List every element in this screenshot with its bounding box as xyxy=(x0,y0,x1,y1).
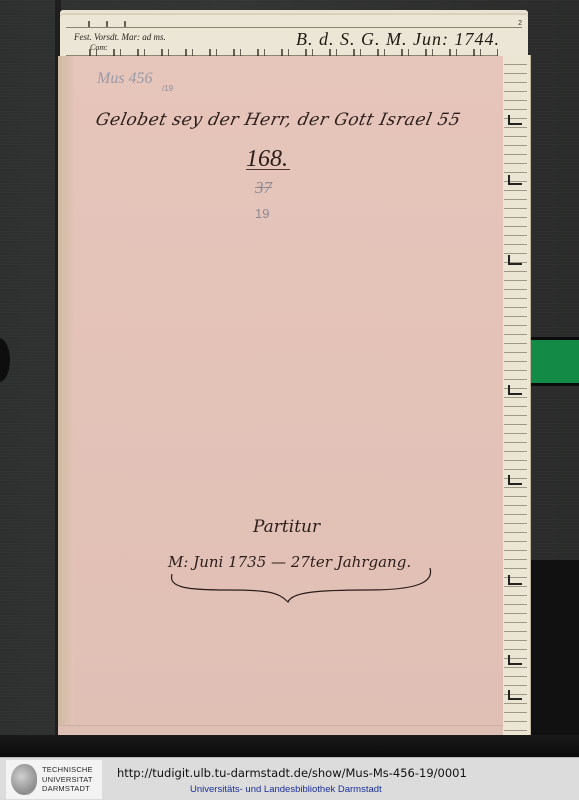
logo-line: UNIVERSITAT xyxy=(42,775,93,785)
music-sheet-date: B. d. S. G. M. Jun: 1744. xyxy=(296,29,500,50)
old-number: 37 xyxy=(255,178,272,198)
cover-spine-edge xyxy=(58,56,74,735)
athena-head-icon xyxy=(11,764,37,795)
note-glyph xyxy=(508,385,522,395)
permalink-url[interactable]: http://tudigit.ulb.tu-darmstadt.de/show/… xyxy=(117,766,467,780)
background-shadow xyxy=(530,560,579,757)
logo-text: TECHNISCHE UNIVERSITAT DARMSTADT xyxy=(42,765,93,794)
scan-viewer: Fest. Vorsdt. Mar: ad ms. Com: B. d. S. … xyxy=(0,0,579,757)
work-title: Gelobet sey der Herr, der Gott Israel 55 xyxy=(94,110,463,130)
color-reference-tab xyxy=(528,337,579,386)
flourish-decoration xyxy=(168,566,438,606)
note-glyph xyxy=(508,655,522,665)
note-glyph xyxy=(508,255,522,265)
music-sheet-label-2: Com: xyxy=(90,43,108,52)
shelfmark: Mus 456 xyxy=(97,70,153,88)
note-glyph xyxy=(508,175,522,185)
logo-line: DARMSTADT xyxy=(42,784,93,794)
footer-bar: TECHNISCHE UNIVERSITAT DARMSTADT http://… xyxy=(0,757,579,800)
current-number: 19 xyxy=(255,206,269,221)
music-sheet-page-number: 2 xyxy=(518,20,522,27)
logo-line: TECHNISCHE xyxy=(42,765,93,775)
tu-darmstadt-logo[interactable]: TECHNISCHE UNIVERSITAT DARMSTADT xyxy=(6,760,102,799)
shelfmark-sub: /19 xyxy=(162,84,173,93)
binder-hole xyxy=(0,338,10,382)
music-sheet-label: Fest. Vorsdt. Mar: ad ms. xyxy=(74,32,166,42)
library-name[interactable]: Universitäts- und Landesbibliothek Darms… xyxy=(190,784,382,795)
note-glyph xyxy=(508,575,522,585)
catalog-number-underline xyxy=(246,169,290,170)
music-notes xyxy=(80,21,140,27)
note-glyph xyxy=(508,475,522,485)
partitur-label: Partitur xyxy=(253,517,320,537)
staff-lines xyxy=(504,59,527,734)
note-glyph xyxy=(508,115,522,125)
note-glyph xyxy=(508,690,522,700)
staff-line xyxy=(66,27,522,28)
background-bottom xyxy=(0,735,579,757)
